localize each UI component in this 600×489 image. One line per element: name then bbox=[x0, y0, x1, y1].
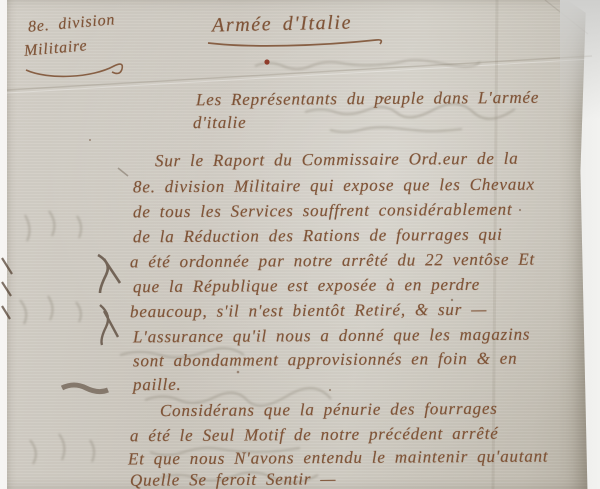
manuscript-line: beaucoup, s'il n'est bientôt Retiré, & s… bbox=[130, 301, 487, 320]
manuscript-line: sont abondamment approvisionnés en foin … bbox=[133, 350, 517, 370]
manuscript-line: de tous les Services souffrent considéra… bbox=[133, 201, 513, 221]
manuscript-line: que la République est exposée à en perdr… bbox=[133, 276, 480, 295]
manuscript-line: de la Réduction des Rations de fourrages… bbox=[133, 226, 503, 246]
manuscript-photo: 8e. division Militaire Armée d'Italie Le… bbox=[0, 0, 600, 489]
salutation-line: d'italie bbox=[193, 114, 247, 131]
manuscript-line: Quelle Se feroit Sentir — bbox=[130, 470, 336, 488]
manuscript-line: L'assurance qu'il nous a donné que les m… bbox=[133, 326, 530, 346]
manuscript-line: Considérans que la pénurie des fourrages bbox=[160, 400, 498, 419]
manuscript-line: a été le Seul Motif de notre précédent a… bbox=[130, 425, 499, 445]
salutation-line: Les Représentants du peuple dans L'armée bbox=[196, 89, 539, 108]
page-title: Armée d'Italie bbox=[212, 13, 352, 36]
manuscript-line: paille. bbox=[133, 376, 182, 393]
manuscript-line: Et que nous N'avons entendu le maintenir… bbox=[128, 448, 549, 468]
manuscript-line: Sur le Raport du Commissaire Ord.eur de … bbox=[155, 150, 519, 170]
manuscript-line: a été ordonnée par notre arrêté du 22 ve… bbox=[130, 251, 535, 271]
manuscript-line: 8e. division Militaire qui expose que le… bbox=[133, 176, 535, 196]
